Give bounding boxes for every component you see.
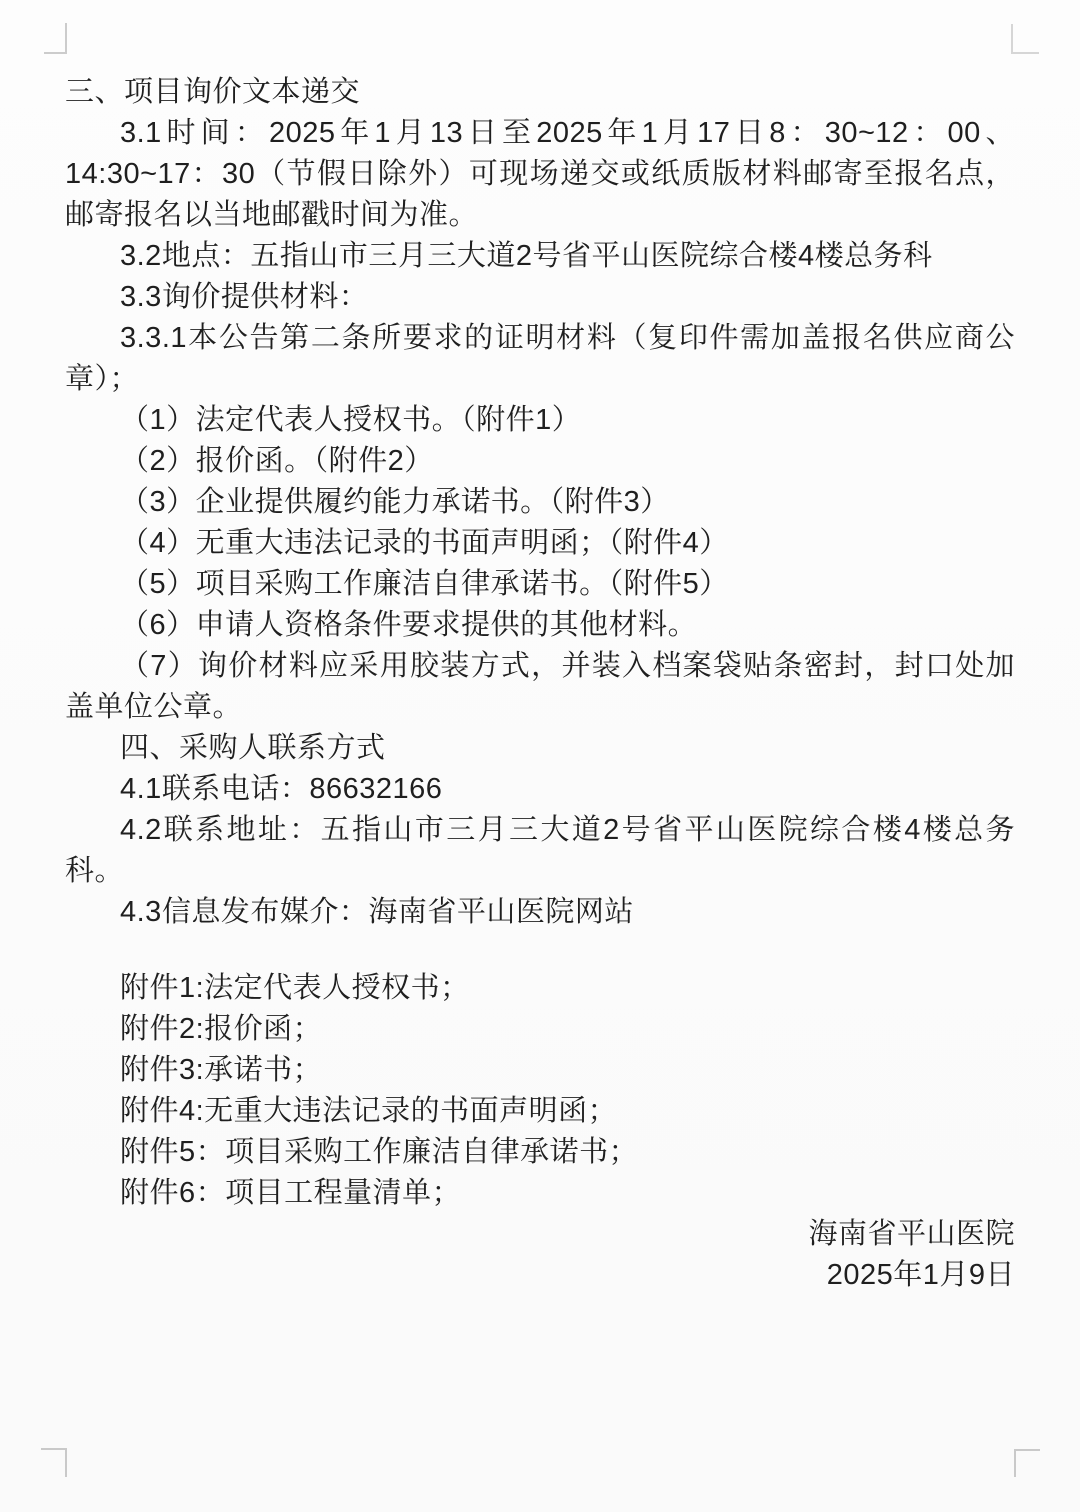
section3-heading: 三、项目询价文本递交 (65, 72, 1015, 113)
issue-date: 2025年1月9日 (65, 1255, 1015, 1296)
attachment-item-5: 附件5：项目采购工作廉洁自律承诺书； (65, 1132, 1015, 1173)
para-3-2-location: 3.2地点：五指山市三月三大道2号省平山医院综合楼4楼总务科 (65, 236, 1015, 277)
list-item-7: （7）询价材料应采用胶装方式，并装入档案袋贴条密封，封口处加盖单位公章。 (65, 646, 1015, 728)
para-3-3-1-certificates: 3.3.1本公告第二条所要求的证明材料（复印件需加盖报名供应商公章）； (65, 318, 1015, 400)
scan-corner-mark-top-left (44, 23, 67, 54)
attachment-item-3: 附件3:承诺书； (65, 1050, 1015, 1091)
list-item-2: （2）报价函。（附件2） (65, 441, 1015, 482)
para-4-3-media: 4.3信息发布媒介：海南省平山医院网站 (65, 892, 1015, 933)
section4-heading: 四、采购人联系方式 (65, 728, 1015, 769)
attachment-item-2: 附件2:报价函； (65, 1009, 1015, 1050)
para-3-1-time: 3.1时间：2025年1月13日至2025年1月17日8：30~12：00、14… (65, 113, 1015, 236)
attachment-list: 附件1:法定代表人授权书； 附件2:报价函； 附件3:承诺书； 附件4:无重大违… (65, 968, 1015, 1214)
scan-corner-mark-top-right (1011, 24, 1039, 54)
issuer-signature: 海南省平山医院 (65, 1214, 1015, 1255)
para-4-1-phone: 4.1联系电话：86632166 (65, 769, 1015, 810)
list-item-5: （5）项目采购工作廉洁自律承诺书。（附件5） (65, 564, 1015, 605)
scan-corner-mark-bottom-left (41, 1448, 67, 1477)
list-item-6: （6）申请人资格条件要求提供的其他材料。 (65, 605, 1015, 646)
para-4-2-address: 4.2联系地址：五指山市三月三大道2号省平山医院综合楼4楼总务科。 (65, 810, 1015, 892)
document-page: 三、项目询价文本递交 3.1时间：2025年1月13日至2025年1月17日8：… (65, 72, 1015, 1296)
attachment-item-1: 附件1:法定代表人授权书； (65, 968, 1015, 1009)
list-item-3: （3）企业提供履约能力承诺书。（附件3） (65, 482, 1015, 523)
attachment-item-4: 附件4:无重大违法记录的书面声明函； (65, 1091, 1015, 1132)
scan-corner-mark-bottom-right (1014, 1449, 1040, 1477)
list-item-1: （1）法定代表人授权书。（附件1） (65, 400, 1015, 441)
attachment-item-6: 附件6：项目工程量清单； (65, 1173, 1015, 1214)
list-item-4: （4）无重大违法记录的书面声明函；（附件4） (65, 523, 1015, 564)
para-3-3-materials: 3.3询价提供材料： (65, 277, 1015, 318)
